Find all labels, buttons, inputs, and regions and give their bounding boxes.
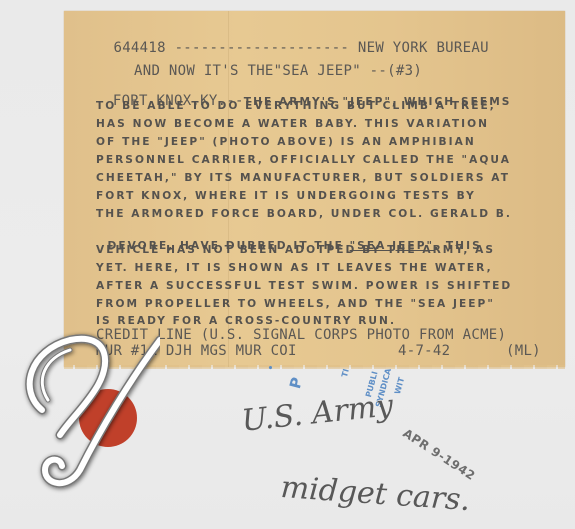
caption-date: 4-7-42 xyxy=(398,344,450,358)
body-line-1: TO BE ABLE TO DO EVERYTHING BUT CLIMB A … xyxy=(96,99,496,113)
headline: AND NOW IT'S THE"SEA JEEP" --(#3) xyxy=(134,64,422,78)
photo-number: 644418 xyxy=(113,40,165,56)
body-line-6: FORT KNOX, WHERE IT IS UNDERGOING TESTS … xyxy=(96,189,476,203)
body-line-10: YET. HERE, IT IS SHOWN AS IT LEAVES THE … xyxy=(96,261,493,275)
watermark-logo-icon xyxy=(0,320,160,500)
header-separator: -------------------- xyxy=(175,40,350,56)
bureau-name: NEW YORK BUREAU xyxy=(358,40,489,56)
caption-initials: (ML) xyxy=(506,344,541,358)
body-line-2: HAS NOW BECOME A WATER BABY. THIS VARIAT… xyxy=(96,117,489,131)
body-line-7: THE ARMORED FORCE BOARD, UNDER COL. GERA… xyxy=(96,207,512,221)
body-line-5: CHEETAH," BY ITS MANUFACTURER, BUT SOLDI… xyxy=(96,171,510,185)
body-line-12: FROM PROPELLER TO WHEELS, AND THE "SEA J… xyxy=(96,297,495,311)
body-line-3: OF THE "JEEP" (PHOTO ABOVE) IS AN AMPHIB… xyxy=(96,135,476,149)
body-line-9: VEHICLE HAS NOT BEEN ADOTPED BY THE ARMY… xyxy=(96,243,495,257)
header-line: 644418 -------------------- NEW YORK BUR… xyxy=(96,27,489,55)
body-line-4: PERSONNEL CARRIER, OFFICIALLY CALLED THE… xyxy=(96,153,511,167)
body-line-11: AFTER A SUCCESSFUL TEST SWIM. POWER IS S… xyxy=(96,279,512,293)
